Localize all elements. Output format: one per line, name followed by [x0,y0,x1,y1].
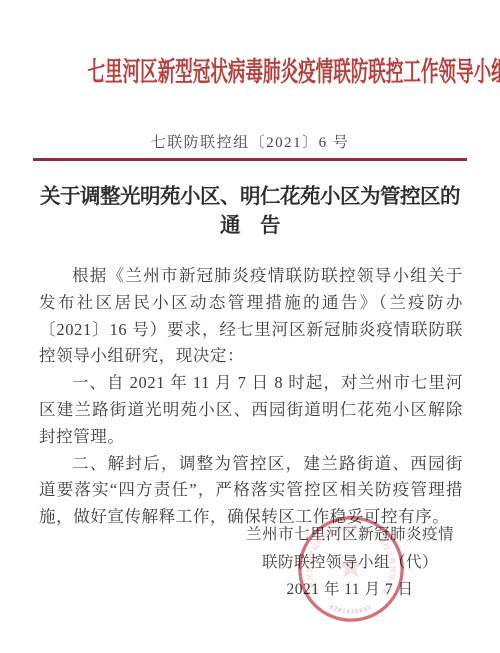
notice-title-line1: 关于调整光明苑小区、明仁花苑小区为管控区的 [0,183,500,212]
svg-text:6201035042: 6201035042 [329,604,374,615]
notice-body: 根据《兰州市新冠肺炎疫情联防联控领导小组关于发布社区居民小区动态管理措施的通告》… [39,263,463,531]
signature-org-line1: 兰州市七里河区新冠肺炎疫情 [227,521,473,549]
body-paragraph-item-2: 二、解封后，调整为管控区，建兰路街道、西园街道要落实“四方责任”，严格落实管控区… [39,451,463,531]
signature-date: 2021 年 11 月 7 日 [227,576,473,604]
notice-title-line2: 通 告 [0,212,500,241]
signature-org-line2: 联防联控领导小组（代） [227,549,473,577]
issuing-org-header: 七里河区新型冠状病毒肺炎疫情联防联控工作领导小组 [88,50,413,94]
notice-title: 关于调整光明苑小区、明仁花苑小区为管控区的 通 告 [0,183,500,241]
document-number: 七联防联控组〔2021〕6 号 [0,131,500,152]
body-paragraph-item-1: 一、自 2021 年 11 月 7 日 8 时起，对兰州市七里河区建兰路街道光明… [39,370,463,450]
seal-serial-number: 6201035042 [329,604,374,615]
header-divider-rule [33,158,467,161]
signature-block: 兰州市七里河区新冠肺炎疫情 联防联控领导小组（代） 2021 年 11 月 7 … [227,521,473,604]
body-paragraph-basis: 根据《兰州市新冠肺炎疫情联防联控领导小组关于发布社区居民小区动态管理措施的通告》… [39,263,463,370]
document-page: 七里河区新型冠状病毒肺炎疫情联防联控工作领导小组 七联防联控组〔2021〕6 号… [0,0,500,653]
